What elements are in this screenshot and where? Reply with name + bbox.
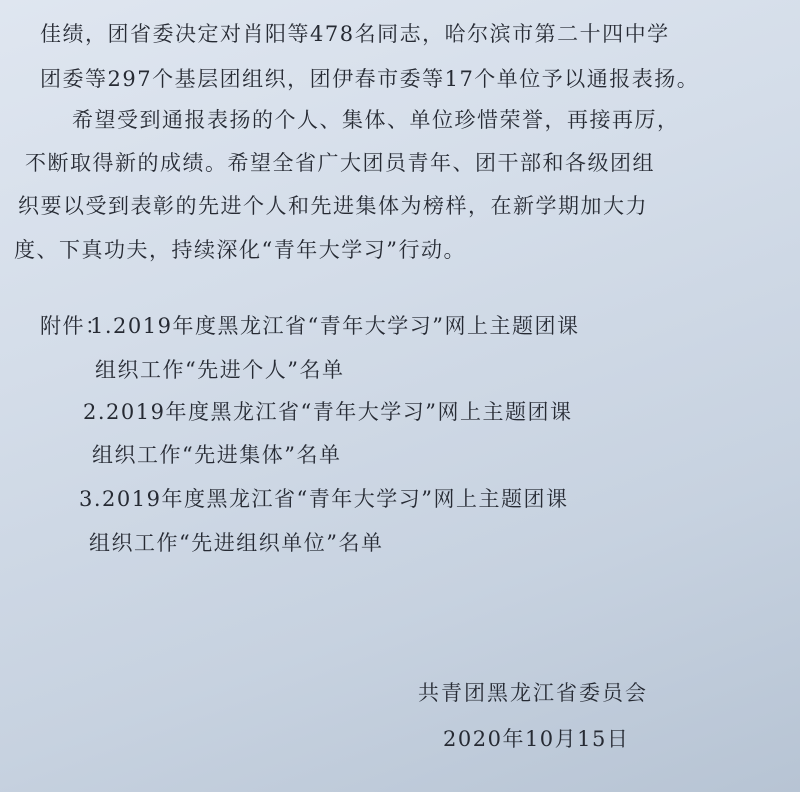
attachment-1-line-1: 1.2019年度黑龙江省“青年大学习”网上主题团课 xyxy=(90,311,579,341)
attachment-2-line-2: 组织工作“先进集体”名单 xyxy=(92,440,341,470)
paragraph-2-line-1: 希望受到通报表扬的个人、集体、单位珍惜荣誉，再接再厉， xyxy=(72,105,680,135)
paragraph-2-line-3: 织要以受到表彰的先进个人和先进集体为榜样，在新学期加大力 xyxy=(18,191,648,221)
paragraph-1-line-1: 佳绩，团省委决定对肖阳等478名同志，哈尔滨市第二十四中学 xyxy=(40,19,670,49)
signature-organization: 共青团黑龙江省委员会 xyxy=(418,678,648,708)
attachment-3-line-2: 组织工作“先进组织单位”名单 xyxy=(89,528,383,558)
attachment-2-line-1: 2.2019年度黑龙江省“青年大学习”网上主题团课 xyxy=(83,397,572,427)
attachment-1-line-2: 组织工作“先进个人”名单 xyxy=(95,355,344,385)
signature-date: 2020年10月15日 xyxy=(443,724,629,754)
paragraph-1-line-2: 团委等297个基层团组织，团伊春市委等17个单位予以通报表扬。 xyxy=(40,64,699,94)
document-page: 佳绩，团省委决定对肖阳等478名同志，哈尔滨市第二十四中学 团委等297个基层团… xyxy=(0,0,800,792)
paragraph-2-line-2: 不断取得新的成绩。希望全省广大团员青年、团干部和各级团组 xyxy=(25,148,655,178)
paragraph-2-line-4: 度、下真功夫，持续深化“青年大学习”行动。 xyxy=(14,235,466,265)
attachment-3-line-1: 3.2019年度黑龙江省“青年大学习”网上主题团课 xyxy=(79,484,568,514)
